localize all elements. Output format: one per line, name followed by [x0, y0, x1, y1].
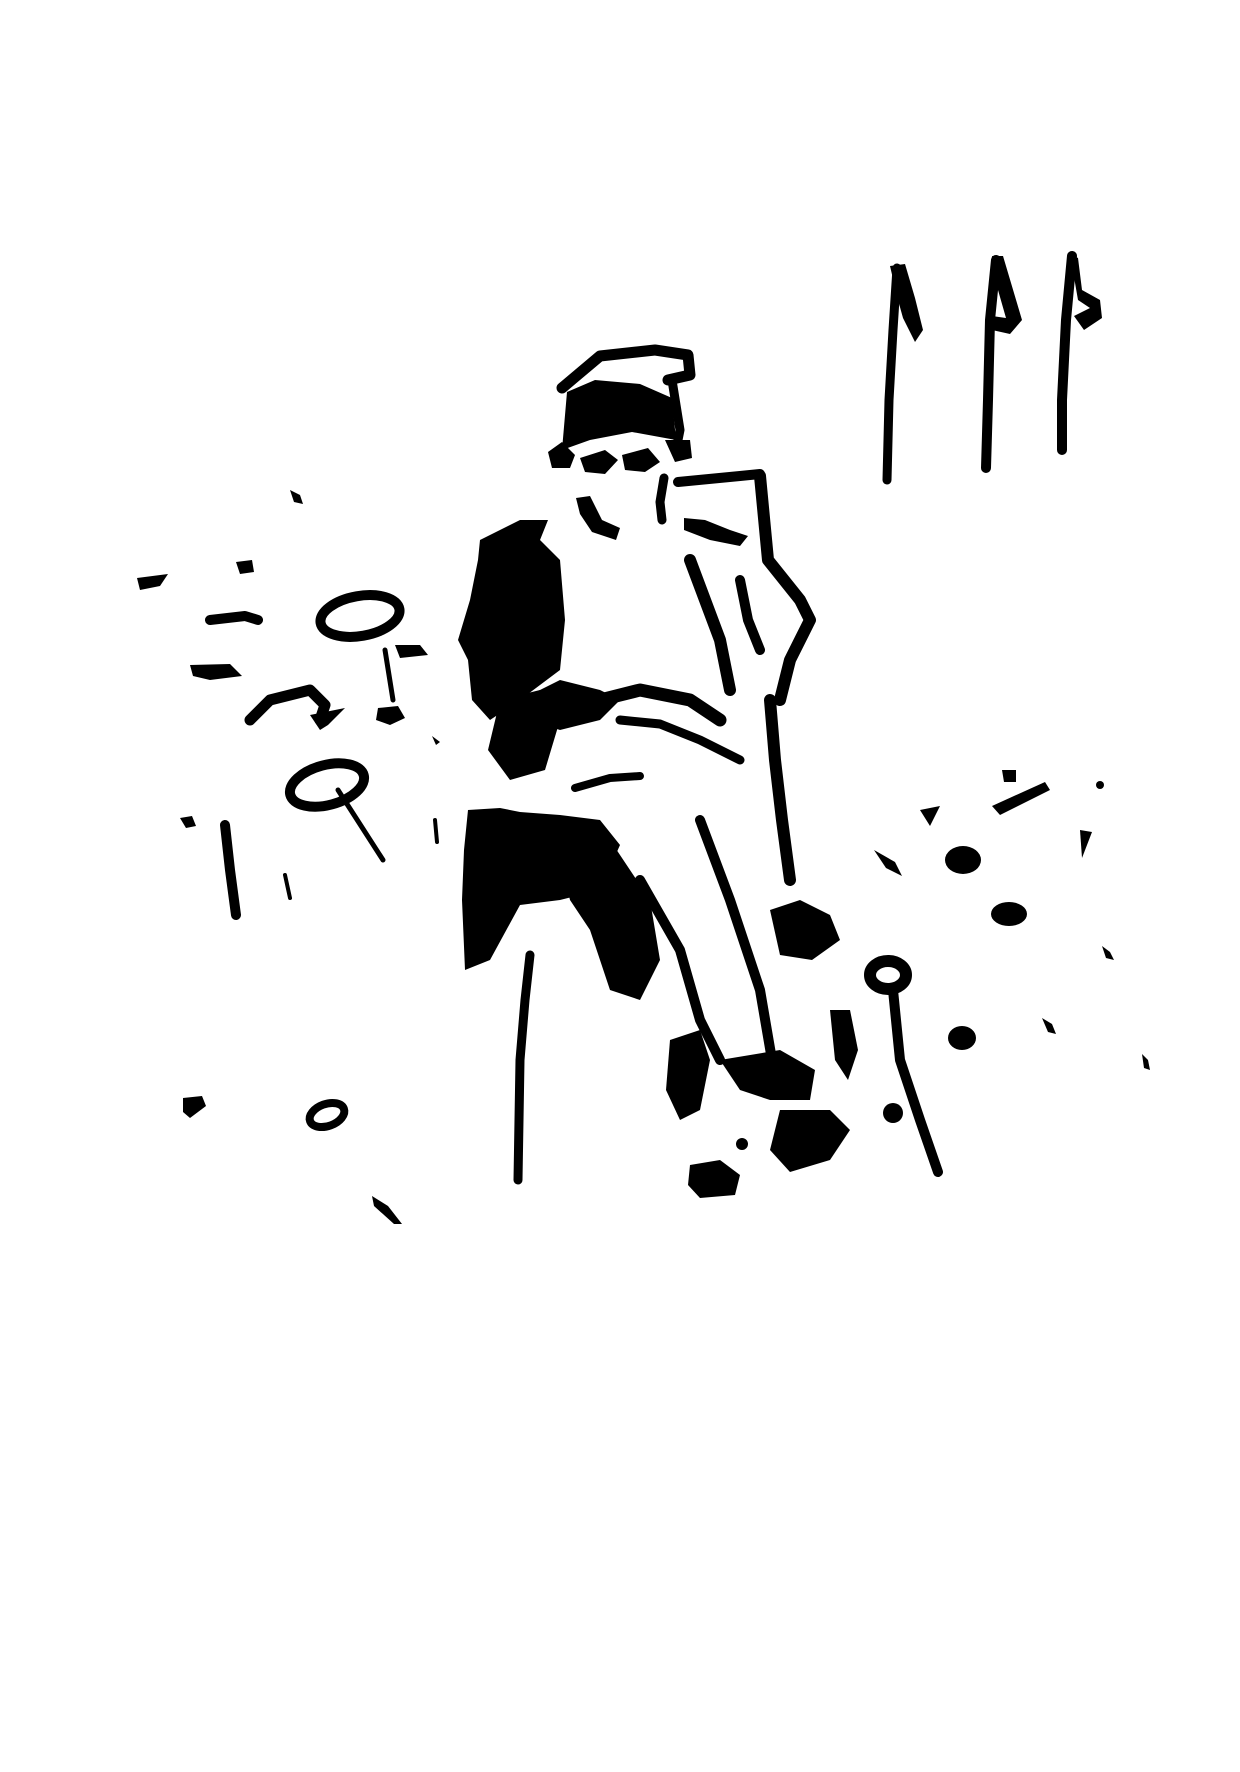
- face-marks: [576, 474, 760, 546]
- hat: [548, 350, 692, 474]
- scattered-ink-marks-left: [137, 490, 440, 915]
- pin-mark: [870, 961, 938, 1172]
- stool: [462, 808, 903, 1198]
- scattered-ink-marks-lower: [183, 1096, 402, 1224]
- scattered-ink-marks-right: [874, 770, 1150, 1070]
- ink-drawing: [0, 0, 1240, 1772]
- three-flags: [887, 254, 1102, 480]
